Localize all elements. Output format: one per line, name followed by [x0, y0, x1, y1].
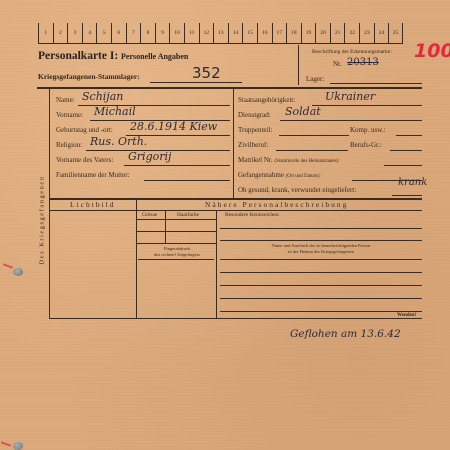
left-field-underline — [124, 165, 230, 166]
middle-vertical-rule — [233, 88, 234, 200]
number-cell: 21 — [330, 23, 345, 43]
number-cell: 19 — [301, 23, 316, 43]
number-cell: 20 — [315, 23, 330, 43]
number-cell: 13 — [213, 23, 228, 43]
benachrichtigen-line-2: in der Heimat des Kriegsgefangenen — [220, 249, 422, 255]
left-field-value: Schijan — [82, 90, 123, 103]
left-field-value: Michail — [94, 105, 136, 118]
matrikel-underline — [384, 165, 422, 166]
number-cell: 25 — [388, 23, 403, 43]
left-field-value: Rus. Orth. — [90, 135, 147, 148]
number-strip: 1234567891011121314151617181920212223242… — [38, 23, 403, 44]
staatsangehoerigkeit-label: Staatsangehörigkeit: — [238, 96, 295, 104]
stammlager-value: 352 — [192, 64, 221, 82]
vertical-label: Des Kriegsgefangenen — [36, 150, 48, 290]
number-cell: 7 — [126, 23, 141, 43]
number-cell: 5 — [96, 23, 111, 43]
groesse-divider — [165, 210, 166, 244]
main-top-rule — [37, 87, 422, 89]
groesse-bottom-rule — [136, 243, 216, 244]
red-mark: 100 — [414, 40, 450, 62]
address-line-3 — [220, 298, 422, 299]
staatsangehoerigkeit-underline — [312, 105, 422, 106]
left-field-label: Vorname: — [56, 111, 83, 119]
number-cell: 1 — [38, 23, 53, 43]
pin-icon-top — [13, 268, 23, 276]
number-cell: 4 — [82, 23, 97, 43]
number-cell: 3 — [67, 23, 82, 43]
left-vertical-rule — [49, 88, 50, 318]
komp-underline — [396, 135, 422, 136]
number-cell: 22 — [344, 23, 359, 43]
fingerabdruck-label: Fingerabdruck des rechten! Zeigefingers — [141, 246, 213, 258]
naehere-underline — [136, 210, 422, 211]
besondere-label: Besondere Kennzeichen: — [225, 212, 280, 218]
number-cell: 8 — [140, 23, 155, 43]
left-field-label: Name: — [56, 96, 75, 104]
wenden-label: Wenden! — [397, 313, 416, 318]
gefangennahme-sub-text: (Ort und Datum): — [286, 174, 321, 179]
address-line-0 — [220, 259, 422, 260]
gesund-label: Ob gesund, krank, verwundet eingeliefert… — [238, 186, 356, 194]
left-field-value: Grigorij — [128, 150, 171, 163]
erkennungsmarke-label: Beschriftung der Erkennungsmarke: — [312, 49, 392, 55]
fingerabdruck-line-2: des rechten! Zeigefingers — [141, 252, 213, 258]
lichtbild-label: Lichtbild — [70, 200, 116, 209]
truppenteil-underline — [279, 135, 349, 136]
fingerabdruck-rule — [138, 259, 214, 260]
dienstgrad-label: Dienstgrad: — [238, 111, 271, 119]
number-cell: 15 — [242, 23, 257, 43]
header-divider — [298, 45, 299, 85]
komp-label: Komp. usw.: — [350, 126, 386, 134]
lichtbild-right-rule — [136, 200, 137, 318]
pin-tail-top — [3, 263, 13, 268]
berufs-gr-label: Berufs-Gr.: — [350, 141, 382, 149]
haarfarbe-label: Haarfarbe — [177, 212, 199, 218]
matrikel-label: Matrikel Nr. (Stammrolle des Heimatstaat… — [238, 156, 340, 164]
naehere-label: Nähere Personalbeschreibung — [205, 200, 348, 209]
left-field-underline — [144, 180, 230, 181]
pin-tail-bottom — [1, 441, 11, 446]
number-cell: 16 — [257, 23, 272, 43]
pin-icon-bottom — [13, 442, 23, 450]
left-field-label: Vorname des Vaters: — [56, 156, 113, 164]
number-cell: 17 — [272, 23, 287, 43]
fingerprint-right-rule — [216, 210, 217, 318]
number-cell: 14 — [228, 23, 243, 43]
stammlager-underline — [150, 82, 242, 83]
berufs-gr-underline — [390, 150, 422, 151]
besondere-line-2 — [220, 240, 422, 241]
vertical-label-text: Des Kriegsgefangenen — [39, 175, 46, 264]
dienstgrad-value: Soldat — [285, 105, 321, 118]
number-cell: 11 — [184, 23, 199, 43]
left-field-label: Geburtstag und -ort: — [56, 126, 113, 134]
number-cell: 6 — [111, 23, 126, 43]
gefangennahme-label-text: Gefangennahme — [238, 171, 284, 179]
zivilberuf-label: Zivilberuf: — [238, 141, 268, 149]
benachrichtigen-label: Name und Anschrift der zu benachrichtige… — [220, 243, 422, 255]
handwritten-note: Geflohen am 13.6.42 — [290, 328, 401, 340]
groesse-row-rule — [136, 231, 216, 232]
number-cell: 18 — [286, 23, 301, 43]
nr-value: 20313 — [347, 57, 379, 68]
besondere-line-1 — [220, 228, 422, 229]
gesund-value: krank — [398, 177, 427, 188]
number-cell: 9 — [155, 23, 170, 43]
gefangennahme-label: Gefangennahme (Ort und Datum): — [238, 171, 321, 179]
dienstgrad-underline — [280, 120, 422, 121]
lichtbild-underline — [49, 210, 136, 211]
number-cell: 24 — [374, 23, 389, 43]
lager-label: Lager: — [306, 75, 324, 83]
address-line-4 — [220, 311, 422, 312]
number-cell: 2 — [53, 23, 68, 43]
address-line-1 — [220, 272, 422, 273]
card-title: Personalkarte I: Personelle Angaben — [38, 50, 188, 62]
stammlager-label: Kriegsgefangenen-Stammlager: — [38, 72, 140, 81]
left-field-label: Religion: — [56, 141, 82, 149]
zivilberuf-underline — [276, 150, 348, 151]
nr-label: Nr. — [333, 60, 342, 68]
left-field-label: Familienname der Mutter: — [56, 171, 129, 179]
card-subtitle: Personelle Angaben — [121, 52, 188, 61]
number-cell: 10 — [169, 23, 184, 43]
matrikel-label-text: Matrikel Nr. — [238, 156, 273, 164]
truppenteil-label: Truppenteil: — [238, 126, 272, 134]
address-line-2 — [220, 285, 422, 286]
number-cell: 23 — [359, 23, 374, 43]
groesse-label: Grösse — [142, 212, 157, 218]
number-cell: 12 — [199, 23, 214, 43]
lager-underline — [330, 83, 422, 84]
matrikel-sub-text: (Stammrolle des Heimatstaates): — [274, 159, 339, 164]
gesund-underline — [392, 195, 422, 196]
bottom-rule — [49, 318, 422, 319]
staatsangehoerigkeit-value: Ukrainer — [325, 90, 375, 103]
left-field-value: 28.6.1914 Kiew — [130, 120, 217, 133]
groesse-header-rule — [136, 219, 216, 220]
card-title-main: Personalkarte I: — [38, 50, 118, 62]
